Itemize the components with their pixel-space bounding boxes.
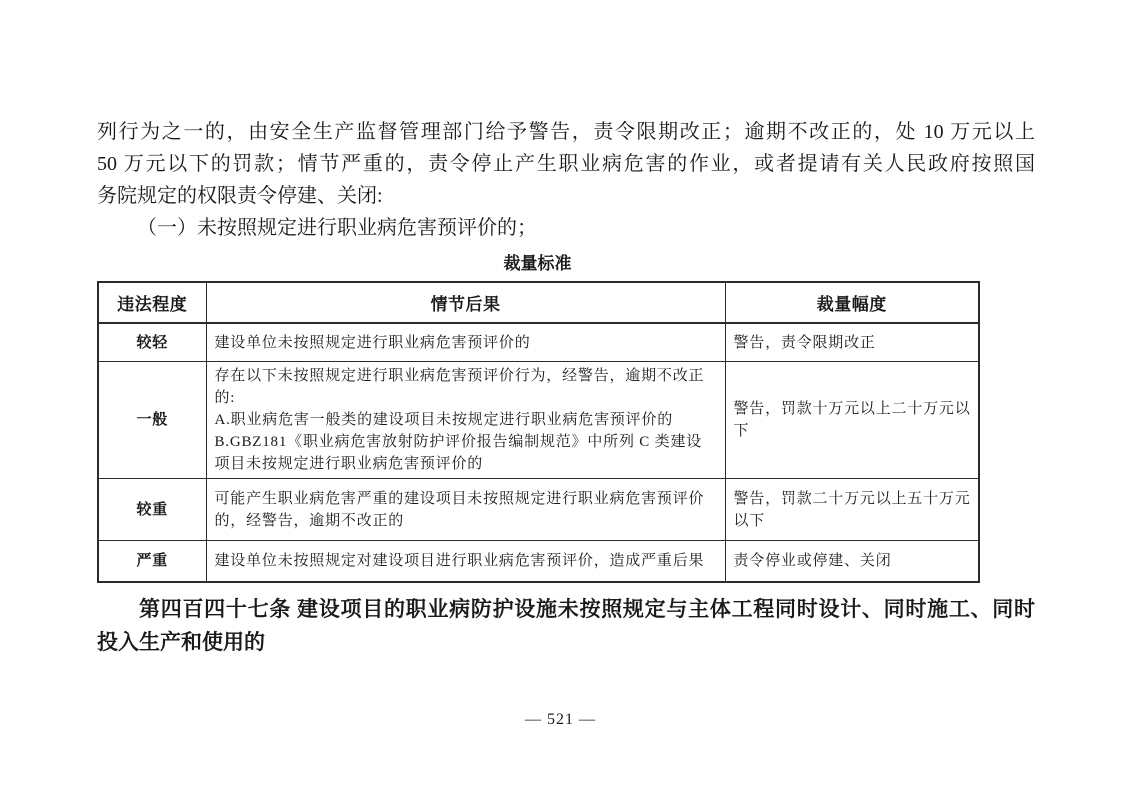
cell-level: 较轻 [98, 323, 206, 362]
header-violation-level: 违法程度 [98, 282, 206, 323]
cell-level: 严重 [98, 541, 206, 583]
cell-detail: 建设单位未按照规定进行职业病危害预评价的 [206, 323, 725, 362]
detail-line: B.GBZ181《职业病危害放射防护评价报告编制规范》中所列 C 类建设项目未按… [215, 431, 717, 475]
detail-line: 可能产生职业病危害严重的建设项目未按照规定进行职业病危害预评价的，经警告，逾期不… [215, 488, 717, 532]
cell-penalty: 警告，罚款二十万元以上五十万元以下 [725, 479, 979, 541]
detail-line: 存在以下未按照规定进行职业病危害预评价行为，经警告，逾期不改正的: [215, 365, 717, 409]
penalty-table: 违法程度 情节后果 裁量幅度 较轻 建设单位未按照规定进行职业病危害预评价的 警… [97, 281, 980, 583]
table-row: 较重 可能产生职业病危害严重的建设项目未按照规定进行职业病危害预评价的，经警告，… [98, 479, 979, 541]
body-text-line: 列行为之一的，由安全生产监督管理部门给予警告，责令限期改正；逾期不改正的，处 1… [97, 116, 1035, 148]
detail-line: 建设单位未按照规定进行职业病危害预评价的 [215, 332, 717, 354]
cell-penalty: 警告，责令限期改正 [725, 323, 979, 362]
cell-detail: 可能产生职业病危害严重的建设项目未按照规定进行职业病危害预评价的，经警告，逾期不… [206, 479, 725, 541]
cell-level: 一般 [98, 362, 206, 479]
body-text-line: 50 万元以下的罚款；情节严重的，责令停止产生职业病危害的作业，或者提请有关人民… [97, 148, 1035, 180]
intro-paragraph: 列行为之一的，由安全生产监督管理部门给予警告，责令限期改正；逾期不改正的，处 1… [97, 116, 1035, 244]
article-text-line: 投入生产和使用的 [97, 626, 1035, 659]
header-discretion-range: 裁量幅度 [725, 282, 979, 323]
cell-penalty: 警告，罚款十万元以上二十万元以下 [725, 362, 979, 479]
table-row: 较轻 建设单位未按照规定进行职业病危害预评价的 警告，责令限期改正 [98, 323, 979, 362]
detail-line: 建设单位未按照规定对建设项目进行职业病危害预评价，造成严重后果 [215, 550, 717, 572]
table-row: 一般 存在以下未按照规定进行职业病危害预评价行为，经警告，逾期不改正的: A.职… [98, 362, 979, 479]
header-circumstance-consequence: 情节后果 [206, 282, 725, 323]
page-number: — 521 — [0, 711, 1121, 729]
table-title: 裁量标准 [97, 252, 978, 276]
table-header-row: 违法程度 情节后果 裁量幅度 [98, 282, 979, 323]
cell-detail: 存在以下未按照规定进行职业病危害预评价行为，经警告，逾期不改正的: A.职业病危… [206, 362, 725, 479]
detail-line: A.职业病危害一般类的建设项目未按规定进行职业病危害预评价的 [215, 409, 717, 431]
cell-detail: 建设单位未按照规定对建设项目进行职业病危害预评价，造成严重后果 [206, 541, 725, 583]
article-paragraph: 第四百四十七条 建设项目的职业病防护设施未按照规定与主体工程同时设计、同时施工、… [97, 593, 1035, 659]
article-text-line: 第四百四十七条 建设项目的职业病防护设施未按照规定与主体工程同时设计、同时施工、… [97, 593, 1035, 626]
body-text-line: 务院规定的权限责令停建、关闭: [97, 180, 1035, 212]
list-item-line: （一）未按照规定进行职业病危害预评价的； [97, 212, 1035, 244]
table-row: 严重 建设单位未按照规定对建设项目进行职业病危害预评价，造成严重后果 责令停业或… [98, 541, 979, 583]
cell-penalty: 责令停业或停建、关闭 [725, 541, 979, 583]
cell-level: 较重 [98, 479, 206, 541]
document-page: 列行为之一的，由安全生产监督管理部门给予警告，责令限期改正；逾期不改正的，处 1… [0, 0, 1121, 793]
